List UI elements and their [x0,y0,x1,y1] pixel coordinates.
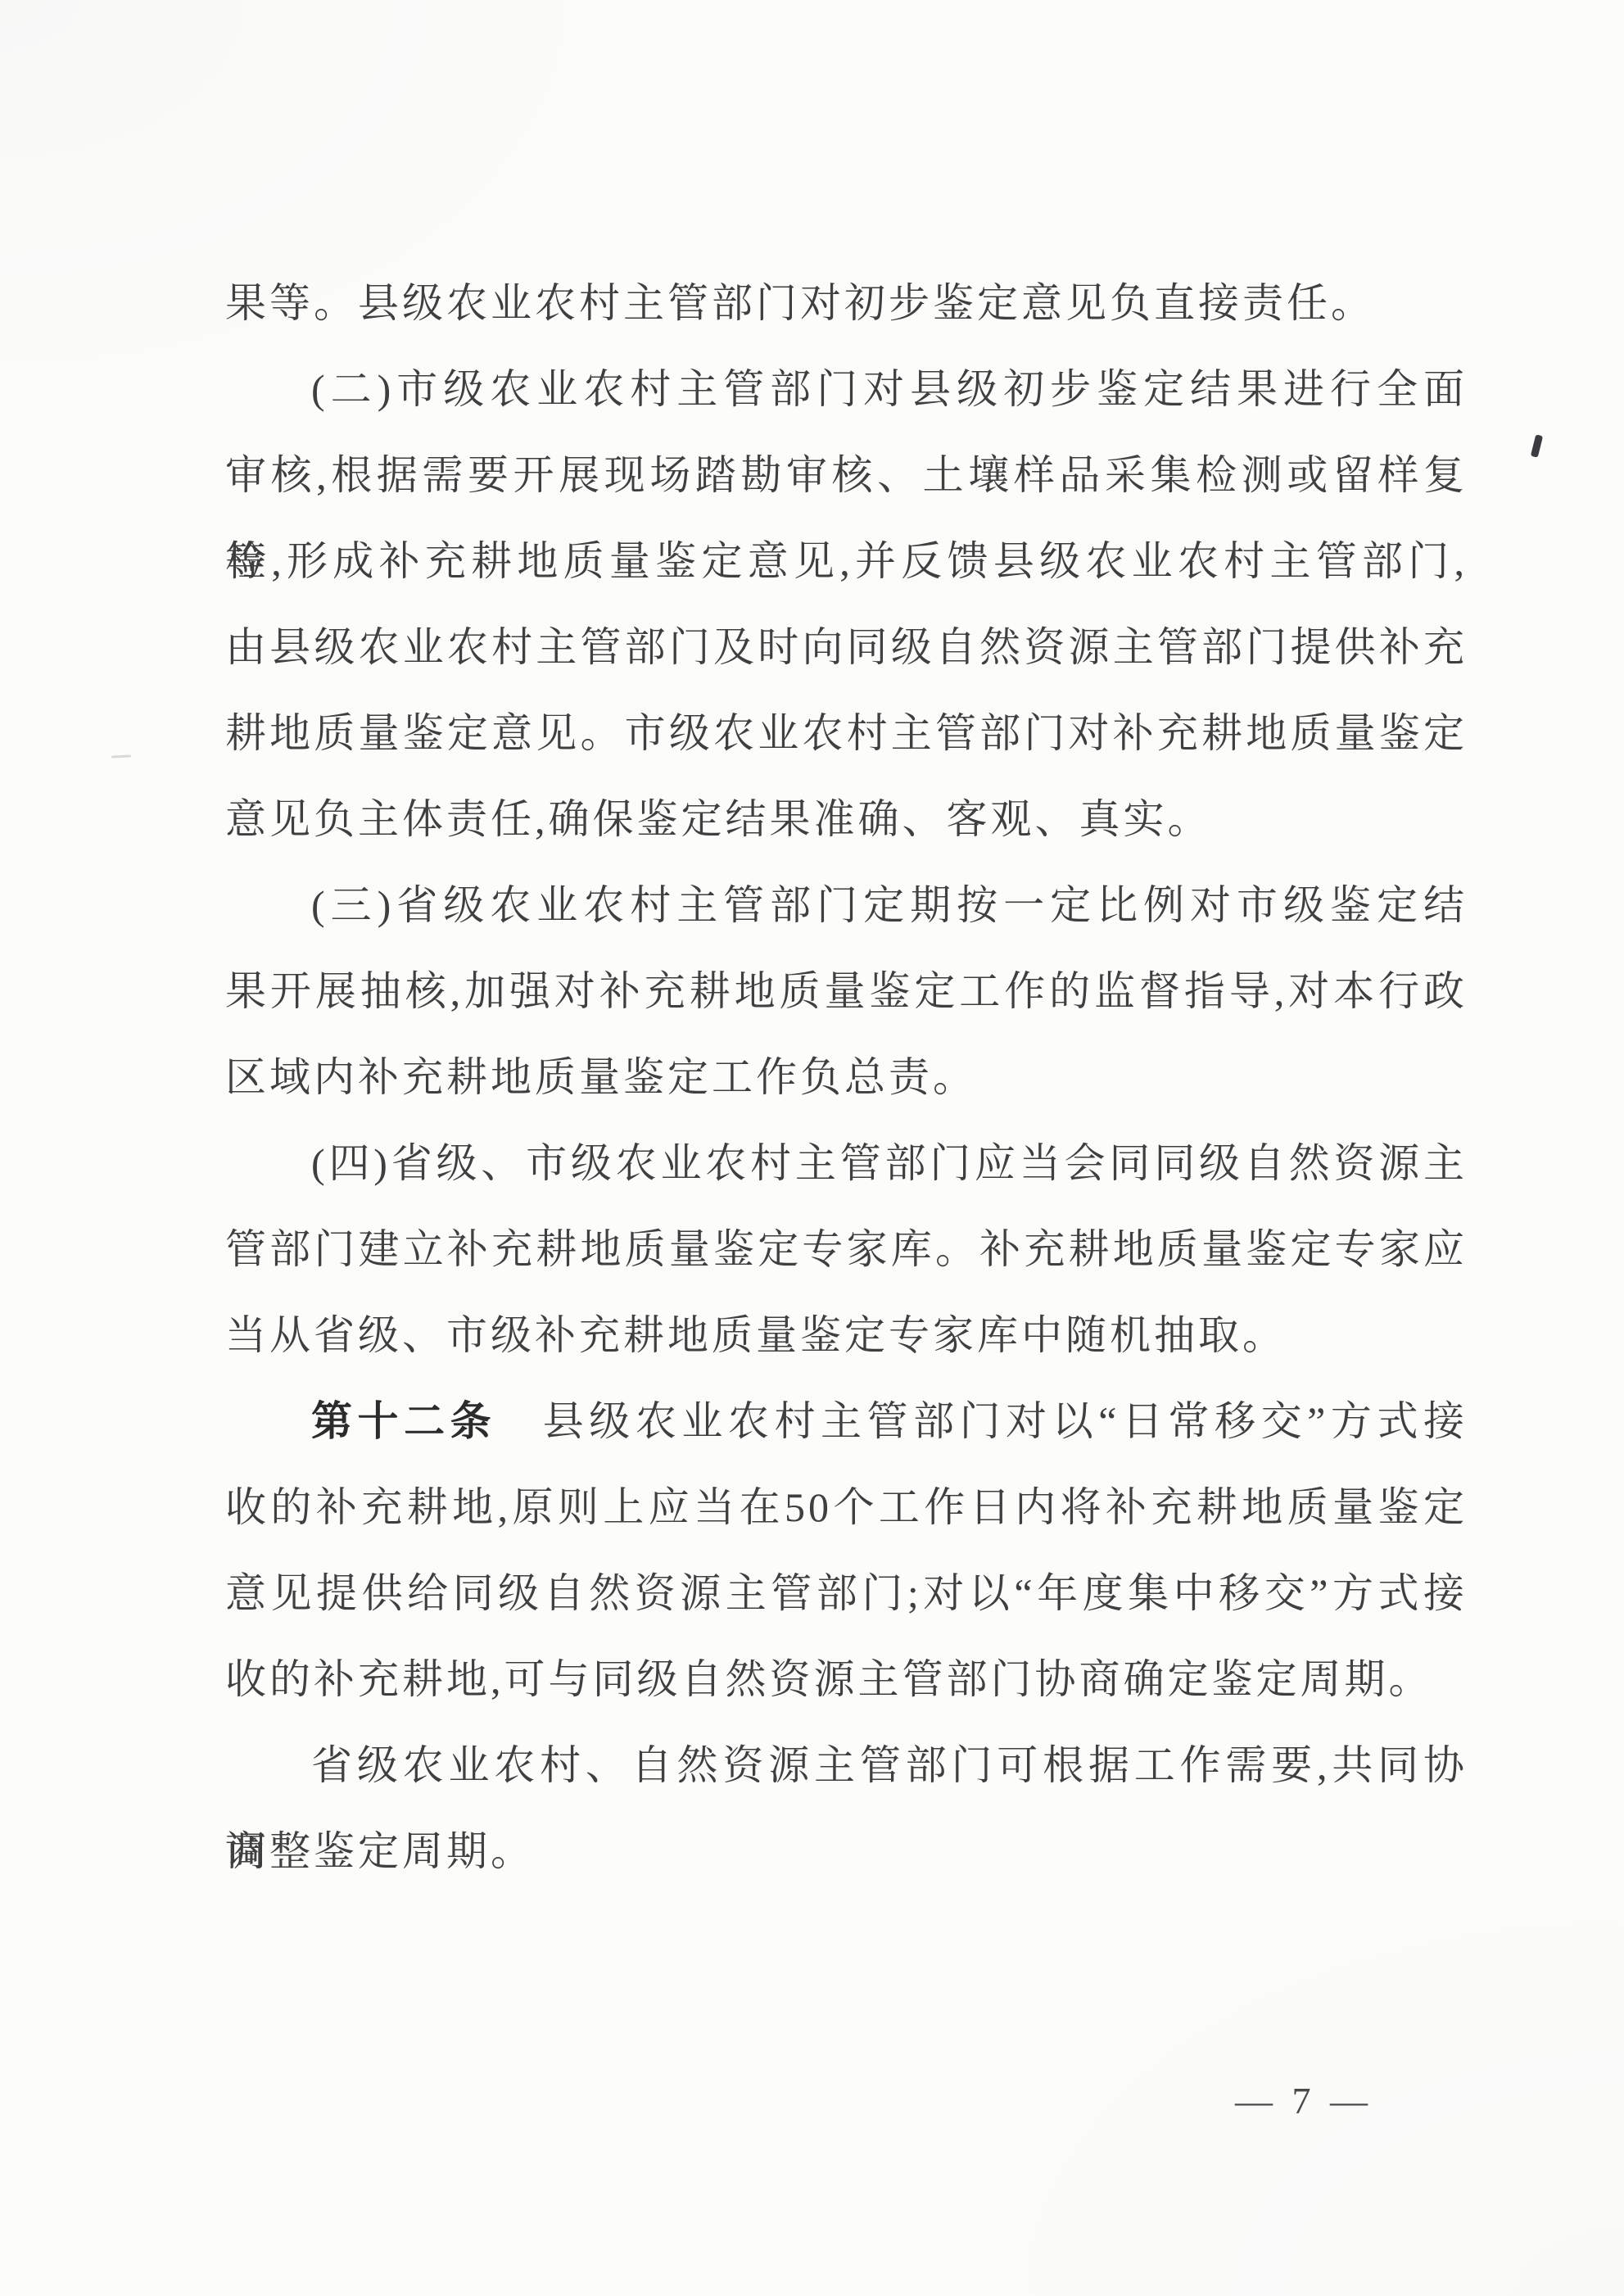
text-line: (四)省级、市级农业农村主管部门应当会同同级自然资源主 [225,1121,1468,1207]
line-text: 调整鉴定周期。 [225,1828,535,1874]
line-text: 收的补充耕地,原则上应当在50个工作日内将补充耕地质量鉴定 [225,1484,1468,1530]
line-text: 意见提供给同级自然资源主管部门;对以“年度集中移交”方式接 [225,1570,1468,1616]
text-line: 第十二条 县级农业农村主管部门对以“日常移交”方式接 [225,1379,1468,1465]
line-text: 由县级农业农村主管部门及时向同级自然资源主管部门提供补充 [225,624,1468,670]
line-text: 耕地质量鉴定意见。市级农业农村主管部门对补充耕地质量鉴定 [225,710,1468,756]
scanned-document-page: 果等。县级农业农村主管部门对初步鉴定意见负直接责任。(二)市级农业农村主管部门对… [0,0,1624,2296]
document-body-text: 果等。县级农业农村主管部门对初步鉴定意见负直接责任。(二)市级农业农村主管部门对… [225,260,1468,1895]
line-text: 果等。县级农业农村主管部门对初步鉴定意见负直接责任。 [225,280,1375,326]
line-text: 意见负主体责任,确保鉴定结果准确、客观、真实。 [225,796,1212,842]
line-text: 等,形成补充耕地质量鉴定意见,并反馈县级农业农村主管部门, [225,538,1468,584]
text-line: 耕地质量鉴定意见。市级农业农村主管部门对补充耕地质量鉴定 [225,691,1468,777]
line-text: 果开展抽核,加强对补充耕地质量鉴定工作的监督指导,对本行政 [225,968,1468,1014]
text-line: (三)省级农业农村主管部门定期按一定比例对市级鉴定结 [225,863,1468,949]
line-text: 管部门建立补充耕地质量鉴定专家库。补充耕地质量鉴定专家应 [225,1226,1468,1272]
page-number: — 7 — [1235,2081,1415,2122]
text-line: 区域内补充耕地质量鉴定工作负总责。 [225,1035,1468,1121]
text-line: 由县级农业农村主管部门及时向同级自然资源主管部门提供补充 [225,605,1468,691]
line-text: 当从省级、市级补充耕地质量鉴定专家库中随机抽取。 [225,1312,1287,1358]
text-line: 意见提供给同级自然资源主管部门;对以“年度集中移交”方式接 [225,1551,1468,1637]
text-line: 收的补充耕地,可与同级自然资源主管部门协商确定鉴定周期。 [225,1637,1468,1723]
text-line: (二)市级农业农村主管部门对县级初步鉴定结果进行全面 [225,346,1468,432]
line-text: (四)省级、市级农业农村主管部门应当会同同级自然资源主 [311,1140,1468,1186]
line-text: 收的补充耕地,可与同级自然资源主管部门协商确定鉴定周期。 [225,1656,1433,1702]
text-line: 审核,根据需要开展现场踏勘审核、土壤样品采集检测或留样复检 [225,432,1468,519]
text-line: 管部门建立补充耕地质量鉴定专家库。补充耕地质量鉴定专家应 [225,1207,1468,1293]
text-line: 省级农业农村、自然资源主管部门可根据工作需要,共同协商 [225,1723,1468,1809]
text-line: 意见负主体责任,确保鉴定结果准确、客观、真实。 [225,777,1468,863]
text-line: 当从省级、市级补充耕地质量鉴定专家库中随机抽取。 [225,1293,1468,1379]
line-text: (二)市级农业农村主管部门对县级初步鉴定结果进行全面 [311,366,1468,412]
text-line: 果等。县级农业农村主管部门对初步鉴定意见负直接责任。 [225,260,1468,346]
article-number-label: 第十二条 [311,1398,496,1444]
line-text: 区域内补充耕地质量鉴定工作负总责。 [225,1054,977,1100]
scan-smudge-artifact [111,754,131,758]
text-line: 等,形成补充耕地质量鉴定意见,并反馈县级农业农村主管部门, [225,519,1468,605]
pen-mark-artifact [1531,434,1543,457]
line-text: (三)省级农业农村主管部门定期按一定比例对市级鉴定结 [311,882,1468,928]
text-line: 果开展抽核,加强对补充耕地质量鉴定工作的监督指导,对本行政 [225,949,1468,1035]
text-line: 收的补充耕地,原则上应当在50个工作日内将补充耕地质量鉴定 [225,1465,1468,1551]
line-text: 县级农业农村主管部门对以“日常移交”方式接 [496,1398,1468,1444]
text-line: 调整鉴定周期。 [225,1809,1468,1895]
